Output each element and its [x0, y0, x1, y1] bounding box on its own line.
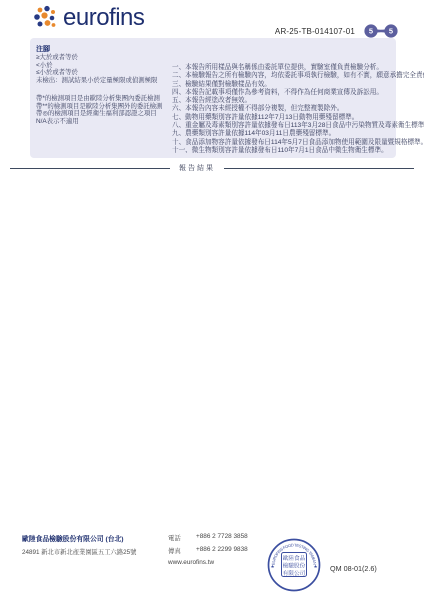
note-line: 三、檢驗結果僅對檢驗樣品有效。 [172, 81, 394, 89]
footnote-symbol-list: ≥大於或者等於<小於≤小於或者等於未檢出：測試結果小於定量極限或偵測極限 [36, 54, 157, 84]
results-divider: 報告結果 [10, 163, 414, 173]
stamp-star-left-icon: ★ [270, 564, 274, 569]
note-line: 二、本檢驗報告之所有檢驗內容，均依委託事項執行檢驗，如有不實，願意承擔完全責任。 [172, 72, 394, 80]
stamp-inner-line-1: 歐陸食品 [283, 554, 306, 562]
footnote-marker-list: 帶*的檢測項目是由歐陸分析集團內委託檢測帶**的檢測項目是歐陸分析集團外的委託檢… [36, 95, 162, 125]
note-line: 四、本報告記載事項僅作為參考資料，不得作為任何商業宣傳及訴訟用。 [172, 89, 394, 97]
note-line: 九、農藥類別容許量依據114年03月11日農藥殘留標準。 [172, 130, 394, 138]
footnotes-title: 注腳 [36, 44, 50, 54]
company-name: 歐陸食品檢驗股份有限公司 (台北) [22, 533, 124, 543]
note-line: 十一、微生物類別容許量依據發布日110年7月1日食品中微生物衛生標準。 [172, 147, 394, 155]
note-line: 六、本報告內容未經授權不得部分複製，但完整複製除外。 [172, 105, 394, 113]
numbered-notes-list: 一、本報告所用樣品與名稱係由委託單位提供，實驗室僅負責檢驗分析。二、本檢驗報告之… [172, 64, 394, 155]
note-line: 十、食品添加物容許量依據發布日114年5月7日食品添加物使用範圍及限量暨規格標準… [172, 139, 394, 147]
eurofins-logo: eurofins [33, 4, 144, 32]
footnote-line: ≤小於或者等於 [36, 69, 157, 77]
phone-label: 電話 [168, 533, 196, 542]
stamp-star-right-icon: ★ [313, 564, 317, 569]
fax-label: 傳真 [168, 546, 196, 555]
divider-line-left [10, 168, 170, 169]
stamp-inner-line-3: 有限公司 [283, 569, 306, 577]
report-number: AR-25-TB-014107-01 [275, 27, 355, 36]
document-code: QM 08-01(2.6) [330, 564, 377, 573]
footnote-line: 未檢出：測試結果小於定量極限或偵測極限 [36, 77, 157, 85]
page-current: 5 [369, 27, 373, 36]
notes-panel: 注腳 ≥大於或者等於<小於≤小於或者等於未檢出：測試結果小於定量極限或偵測極限 … [30, 38, 396, 158]
footnote-line: N/A表示不適用 [36, 118, 162, 126]
page-indicator-badge: 5 5 [364, 24, 398, 38]
footnote-line: 帶*的檢測項目是由歐陸分析集團內委託檢測 [36, 95, 162, 103]
contact-block: 電話 +886 2 7728 3858 傳真 +886 2 2299 9838 … [168, 533, 248, 566]
note-line: 七、動物用藥類別容許量依據112年7月13日動物用藥殘留標準。 [172, 114, 394, 122]
company-seal-stamp: EUROFINS FOOD TESTING TAIWAN ★ ★ 歐陸食品 檢驗… [266, 537, 322, 593]
page-total: 5 [389, 27, 393, 36]
divider-label: 報告結果 [170, 163, 224, 173]
eurofins-flower-icon [33, 5, 58, 32]
stamp-inner-line-2: 檢驗股份 [283, 562, 306, 570]
footnote-line: ≥大於或者等於 [36, 54, 157, 62]
fax-number: +886 2 2299 9838 [196, 546, 248, 555]
divider-line-right [224, 168, 414, 169]
phone-number: +886 2 7728 3858 [196, 533, 248, 542]
company-address: 24891 新北市新北產業園區五工六路25號 [22, 547, 136, 556]
website-url: www.eurofins.tw [168, 559, 248, 566]
footnote-line: 帶◎的檢測項目是經衛生福利部認證之項目 [36, 110, 162, 118]
logo-wordmark: eurofins [63, 4, 144, 32]
